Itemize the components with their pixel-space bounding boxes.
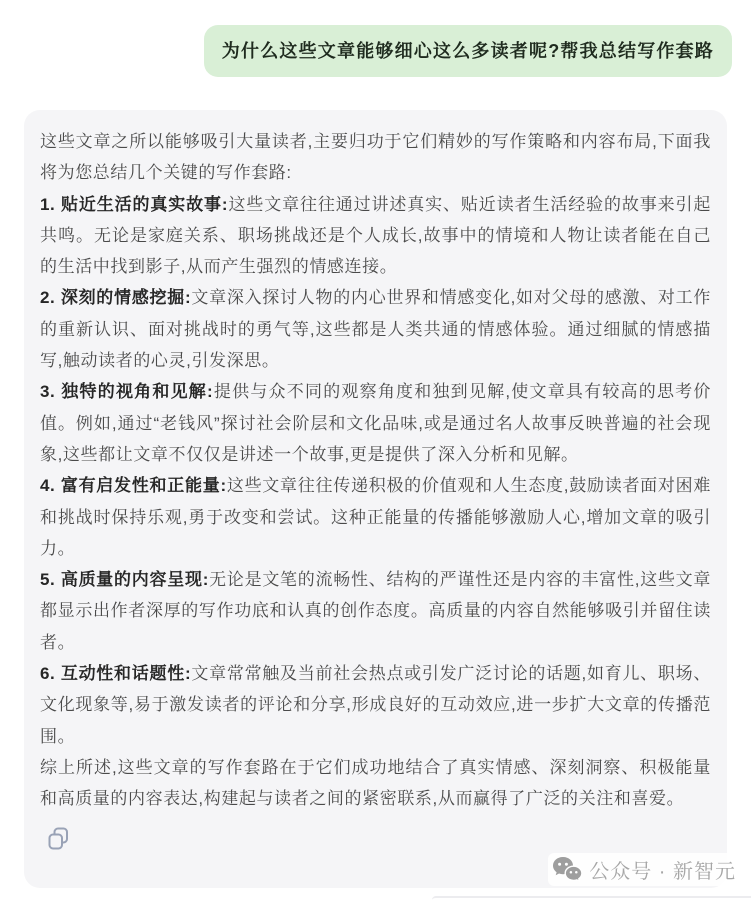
watermark-text: 公众号 · 新智元 — [589, 855, 736, 884]
chat-page: 为什么这些文章能够细心这么多读者呢?帮我总结写作套路 这些文章之所以能够吸引大量… — [0, 0, 751, 900]
wechat-watermark: 公众号 · 新智元 — [548, 853, 740, 886]
point-paragraph-6: 6. 互动性和话题性:文章常常触及当前社会热点或引发广泛讨论的话题,如育儿、职场… — [40, 658, 711, 752]
intro-paragraph: 这些文章之所以能够吸引大量读者,主要归功于它们精妙的写作策略和内容布局,下面我将… — [40, 126, 711, 189]
point-3-title: 3. 独特的视角和见解: — [40, 382, 213, 401]
point-4-title: 4. 富有启发性和正能量: — [40, 476, 227, 495]
assistant-message-card: 这些文章之所以能够吸引大量读者,主要归功于它们精妙的写作策略和内容布局,下面我将… — [24, 110, 727, 888]
point-paragraph-1: 1. 贴近生活的真实故事:这些文章往往通过讲述真实、贴近读者生活经验的故事来引起… — [40, 189, 711, 283]
point-paragraph-4: 4. 富有启发性和正能量:这些文章往往传递积极的价值观和人生态度,鼓励读者面对困… — [40, 470, 711, 564]
point-5-title: 5. 高质量的内容呈现: — [40, 570, 209, 589]
user-message-row: 为什么这些文章能够细心这么多读者呢?帮我总结写作套路 — [0, 0, 751, 77]
copy-icon — [46, 825, 70, 852]
user-message-bubble: 为什么这些文章能够细心这么多读者呢?帮我总结写作套路 — [204, 25, 732, 77]
copy-button[interactable] — [44, 823, 72, 854]
wechat-icon — [552, 856, 582, 883]
point-6-title: 6. 互动性和话题性: — [40, 664, 191, 683]
point-paragraph-2: 2. 深刻的情感挖掘:文章深入探讨人物的内心世界和情感变化,如对父母的感激、对工… — [40, 282, 711, 376]
point-1-title: 1. 贴近生活的真实故事: — [40, 195, 228, 214]
conclusion-paragraph: 综上所述,这些文章的写作套路在于它们成功地结合了真实情感、深刻洞察、积极能量和高… — [40, 752, 711, 815]
point-2-title: 2. 深刻的情感挖掘: — [40, 288, 191, 307]
point-paragraph-5: 5. 高质量的内容呈现:无论是文笔的流畅性、结构的严谨性还是内容的丰富性,这些文… — [40, 564, 711, 658]
point-paragraph-3: 3. 独特的视角和见解:提供与众不同的观察角度和独到见解,使文章具有较高的思考价… — [40, 376, 711, 470]
chat-input-edge[interactable] — [432, 896, 751, 900]
